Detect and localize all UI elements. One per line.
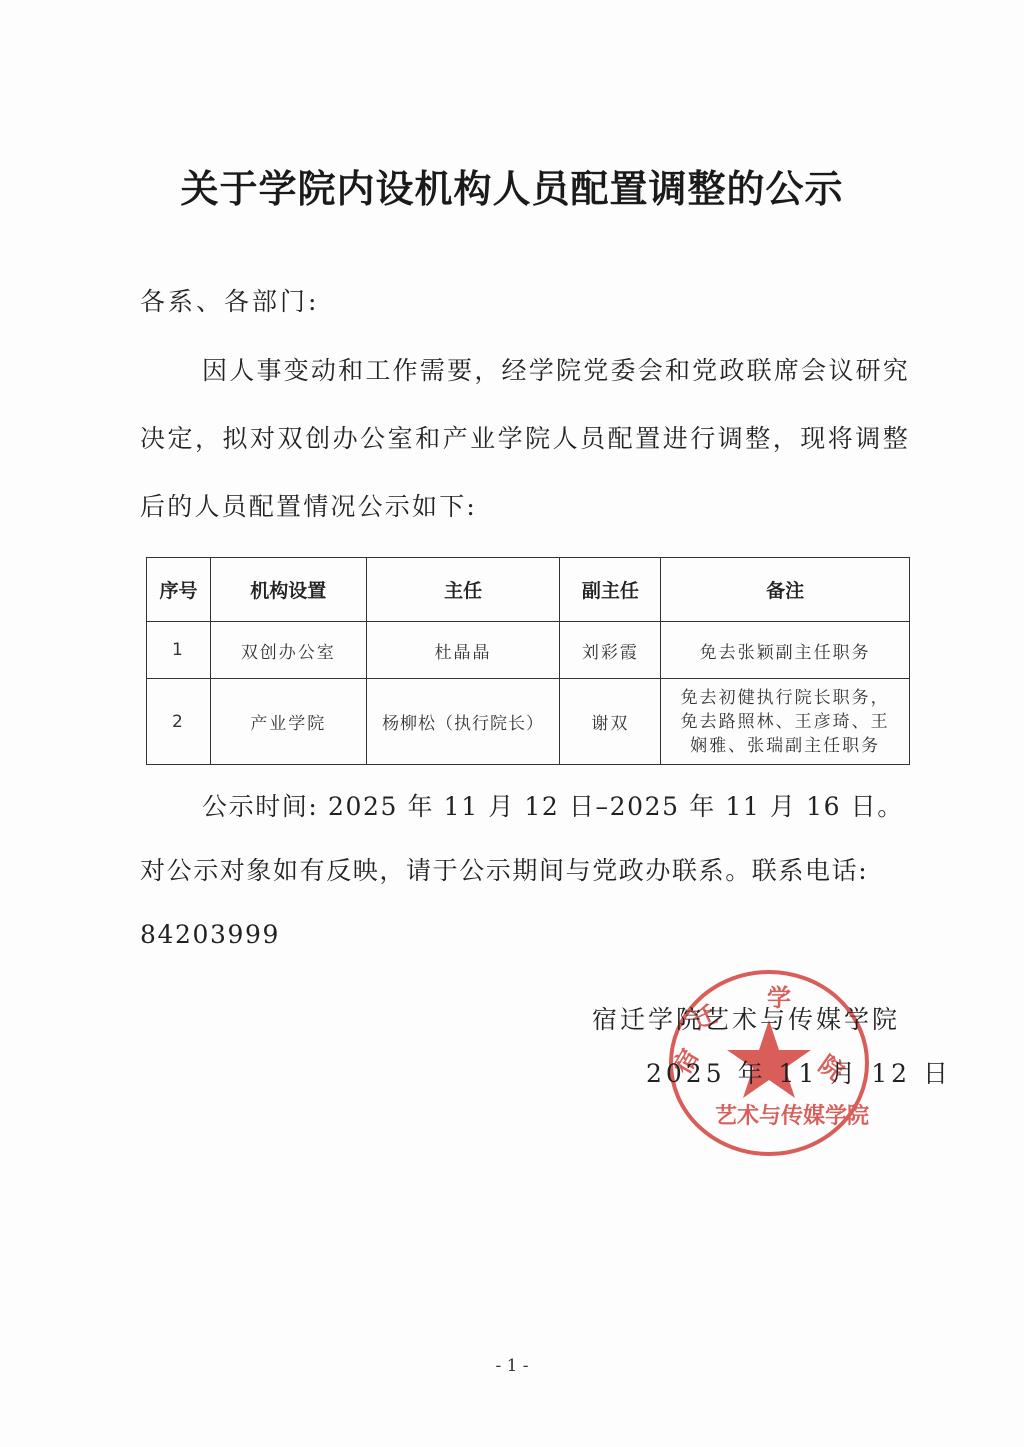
header-deputy: 副主任: [560, 558, 661, 622]
sign-date: 2025 年 11 月 12 日: [646, 1054, 952, 1090]
staff-table: 序号 机构设置 主任 副主任 备注 1 双创办公室 杜晶晶 刘彩霞 免去张颖副主…: [146, 557, 910, 765]
page-number: - 1 -: [0, 1356, 1024, 1376]
cell-director: 杨柳松（执行院长）: [366, 679, 560, 765]
cell-index: 2: [147, 679, 211, 765]
table-row: 2 产业学院 杨柳松（执行院长） 谢双 免去初健执行院长职务， 免去路照林、王彦…: [147, 679, 910, 765]
remark-line: 娴雅、张瑞副主任职务: [661, 734, 909, 758]
remark-line: 免去路照林、王彦琦、王: [661, 710, 909, 734]
header-unit: 机构设置: [210, 558, 366, 622]
table-header-row: 序号 机构设置 主任 副主任 备注: [147, 558, 910, 622]
notice-paragraph: 公示时间: 2025 年 11 月 12 日–2025 年 11 月 16 日。…: [140, 775, 910, 967]
document-page: 关于学院内设机构人员配置调整的公示 各系、各部门: 因人事变动和工作需要，经学院…: [0, 0, 1024, 1447]
seal-bottom-text: 艺术与传媒学院: [715, 1103, 869, 1129]
intro-paragraph: 因人事变动和工作需要，经学院党委会和党政联席会议研究决定，拟对双创办公室和产业学…: [140, 337, 910, 541]
document-title: 关于学院内设机构人员配置调整的公示: [0, 158, 1024, 213]
cell-remark: 免去初健执行院长职务， 免去路照林、王彦琦、王 娴雅、张瑞副主任职务: [661, 679, 910, 765]
cell-unit: 双创办公室: [210, 622, 366, 679]
cell-index: 1: [147, 622, 211, 679]
cell-unit: 产业学院: [210, 679, 366, 765]
salutation: 各系、各部门:: [140, 282, 319, 318]
signer: 宿迁学院艺术与传媒学院: [592, 1000, 900, 1036]
cell-remark: 免去张颖副主任职务: [661, 622, 910, 679]
cell-director: 杜晶晶: [366, 622, 560, 679]
remark-line: 免去初健执行院长职务，: [661, 686, 909, 710]
header-director: 主任: [366, 558, 560, 622]
header-remark: 备注: [661, 558, 910, 622]
cell-deputy: 谢双: [560, 679, 661, 765]
table-row: 1 双创办公室 杜晶晶 刘彩霞 免去张颖副主任职务: [147, 622, 910, 679]
cell-deputy: 刘彩霞: [560, 622, 661, 679]
header-index: 序号: [147, 558, 211, 622]
